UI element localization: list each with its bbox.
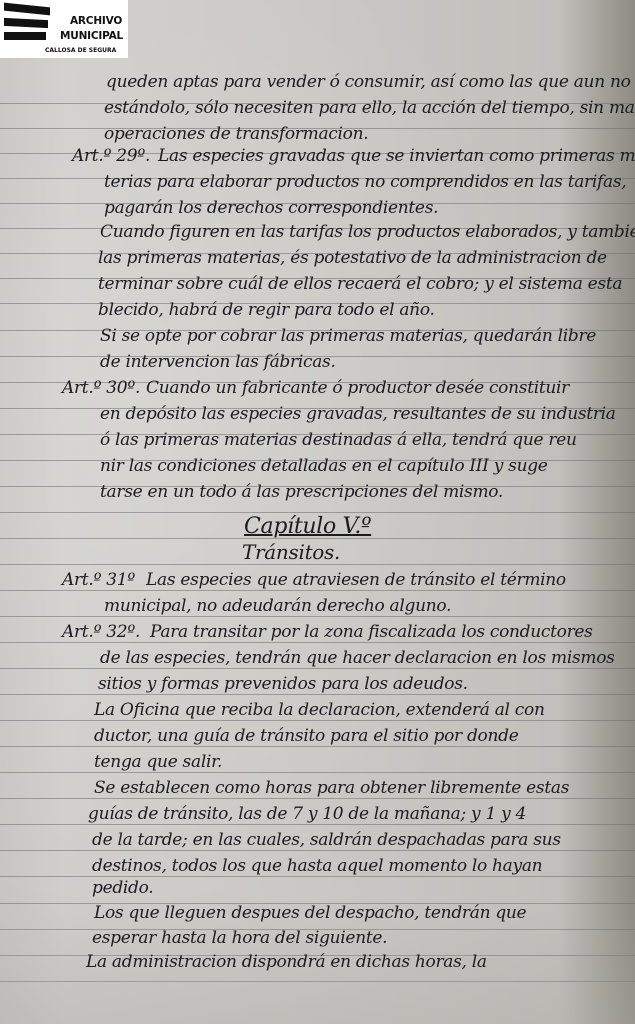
document-line: de intervencion las fábricas. [100,352,336,372]
ruled-line [0,772,635,773]
document-line: esperar hasta la hora del siguiente. [92,928,387,948]
document-line: las primeras materias, és potestativo de… [98,248,607,268]
ruled-line [0,642,635,643]
document-line: tenga que salir. [94,752,222,772]
document-line: pedido. [92,878,153,898]
ruled-line [0,746,635,747]
document-line: de las especies, tendrán que hacer decla… [100,648,615,668]
document-line: de la tarde; en las cuales, saldrán desp… [92,830,561,850]
document-line: Se establecen como horas para obtener li… [94,778,569,798]
document-line: terias para elaborar productos no compre… [104,172,626,192]
document-line: Cuando un fabricante ó productor desée c… [146,378,569,398]
document-line: terminar sobre cuál de ellos recaerá el … [98,274,622,294]
document-line: Para transitar por la zona fiscalizada l… [150,622,593,642]
logo-line-callosa: CALLOSA DE SEGURA [45,47,116,54]
document-line: Los que lleguen despues del despacho, te… [94,903,526,923]
article-number-31: Art.º 31º [62,570,135,590]
document-line: destinos, todos los que hasta aquel mome… [92,856,542,876]
ruled-line [0,720,635,721]
document-line: guías de tránsito, las de 7 y 10 de la m… [88,804,526,824]
document-line: Si se opte por cobrar las primeras mater… [100,326,596,346]
ruled-line [0,850,635,851]
ruled-line [0,668,635,669]
document-line: ó las primeras materias destinadas á ell… [100,430,577,450]
ruled-line [0,694,635,695]
document-line: La administracion dispondrá en dichas ho… [86,952,487,972]
document-line: queden aptas para vender ó consumir, así… [106,72,631,92]
logo-line-municipal: MUNICIPAL [60,30,123,42]
ruled-line [0,616,635,617]
chapter-title: Capítulo V.º [244,514,371,539]
document-line: operaciones de transformacion. [104,124,368,144]
document-line: Las especies que atraviesen de tránsito … [146,570,566,590]
article-number-32: Art.º 32º. [62,622,140,642]
document-line: sitios y formas prevenidos para los adeu… [98,674,468,694]
document-line: Las especies gravadas que se inviertan c… [158,146,635,166]
logo-bars-icon [4,5,54,45]
chapter-subtitle: Tránsitos. [242,540,340,564]
ruled-line [0,564,635,565]
document-line: La Oficina que reciba la declaracion, ex… [94,700,545,720]
document-line: estándolo, sólo necesiten para ello, la … [104,98,635,118]
document-line: municipal, no adeudarán derecho alguno. [104,596,451,616]
document-line: blecido, habrá de regir para todo el año… [98,300,435,320]
document-line: pagarán los derechos correspondientes. [104,198,438,218]
ruled-line [0,798,635,799]
logo-line-archivo: ARCHIVO [70,15,122,27]
article-number-30: Art.º 30º. [62,378,140,398]
ruled-line [0,981,635,982]
article-number-29: Art.º 29º. [72,146,150,166]
document-line: Cuando figuren en las tarifas los produc… [100,222,635,242]
ruled-line [0,876,635,877]
archive-logo: ARCHIVO MUNICIPAL CALLOSA DE SEGURA [0,0,128,58]
ruled-line [0,512,635,513]
document-line: tarse en un todo á las prescripciones de… [100,482,503,502]
document-line: nir las condiciones detalladas en el cap… [100,456,548,476]
ruled-line [0,824,635,825]
document-line: en depósito las especies gravadas, resul… [100,404,616,424]
ruled-line [0,590,635,591]
document-line: ductor, una guía de tránsito para el sit… [94,726,518,746]
